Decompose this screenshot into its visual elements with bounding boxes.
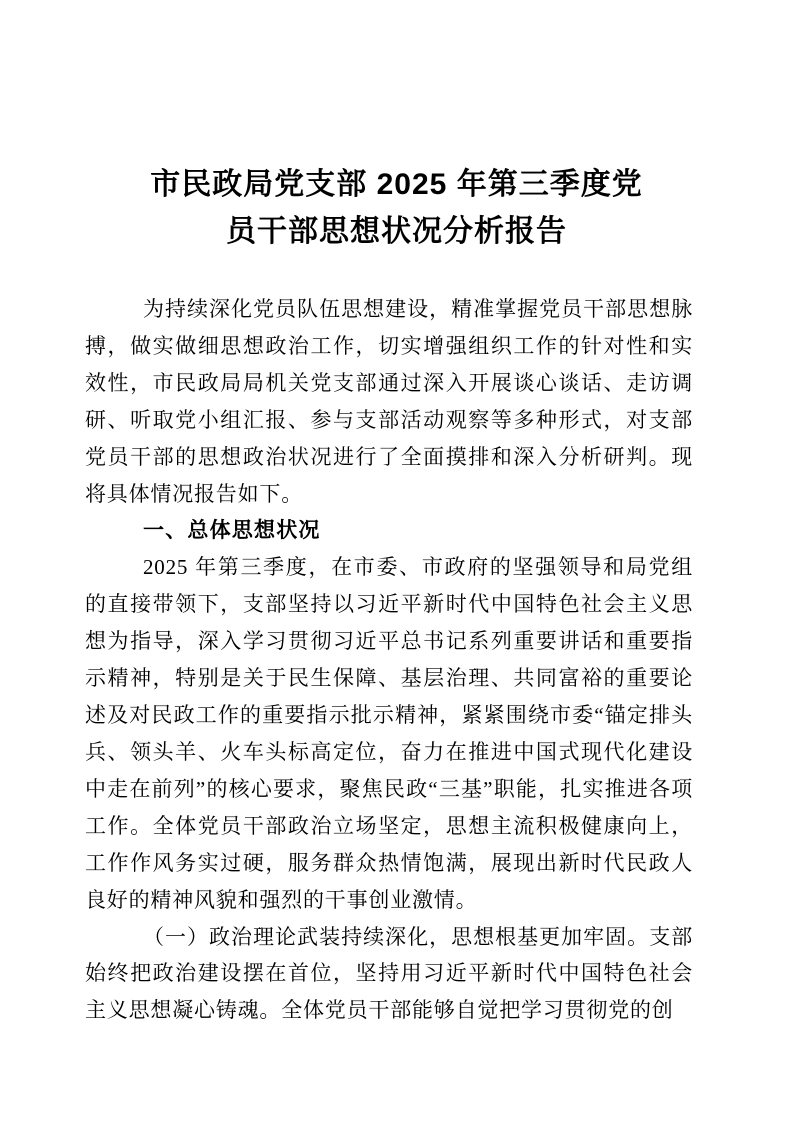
paragraph-intro: 为持续深化党员队伍思想建设，精准掌握党员干部思想脉搏，做实做细思想政治工作，切实… (85, 291, 693, 512)
paragraph-political-theory: （一）政治理论武装持续深化，思想根基更加牢固。支部始终把政治建设摆在首位，坚持用… (85, 919, 693, 1030)
document-page: 市民政局党支部 2025 年第三季度党员干部思想状况分析报告 为持续深化党员队伍… (0, 0, 793, 1122)
doc-title-line1: 市民政局党支部 2025 年第三季度党 (150, 168, 642, 201)
section-heading-overall-status: 一、总体思想状况 (85, 513, 693, 550)
doc-title: 市民政局党支部 2025 年第三季度党员干部思想状况分析报告 (0, 20, 793, 255)
doc-title-line2: 员干部思想状况分析报告 (226, 215, 567, 248)
doc-body: 为持续深化党员队伍思想建设，精准掌握党员干部思想脉搏，做实做细思想政治工作，切实… (85, 291, 693, 1029)
paragraph-overall-status: 2025 年第三季度，在市委、市政府的坚强领导和局党组的直接带领下，支部坚持以习… (85, 549, 693, 918)
